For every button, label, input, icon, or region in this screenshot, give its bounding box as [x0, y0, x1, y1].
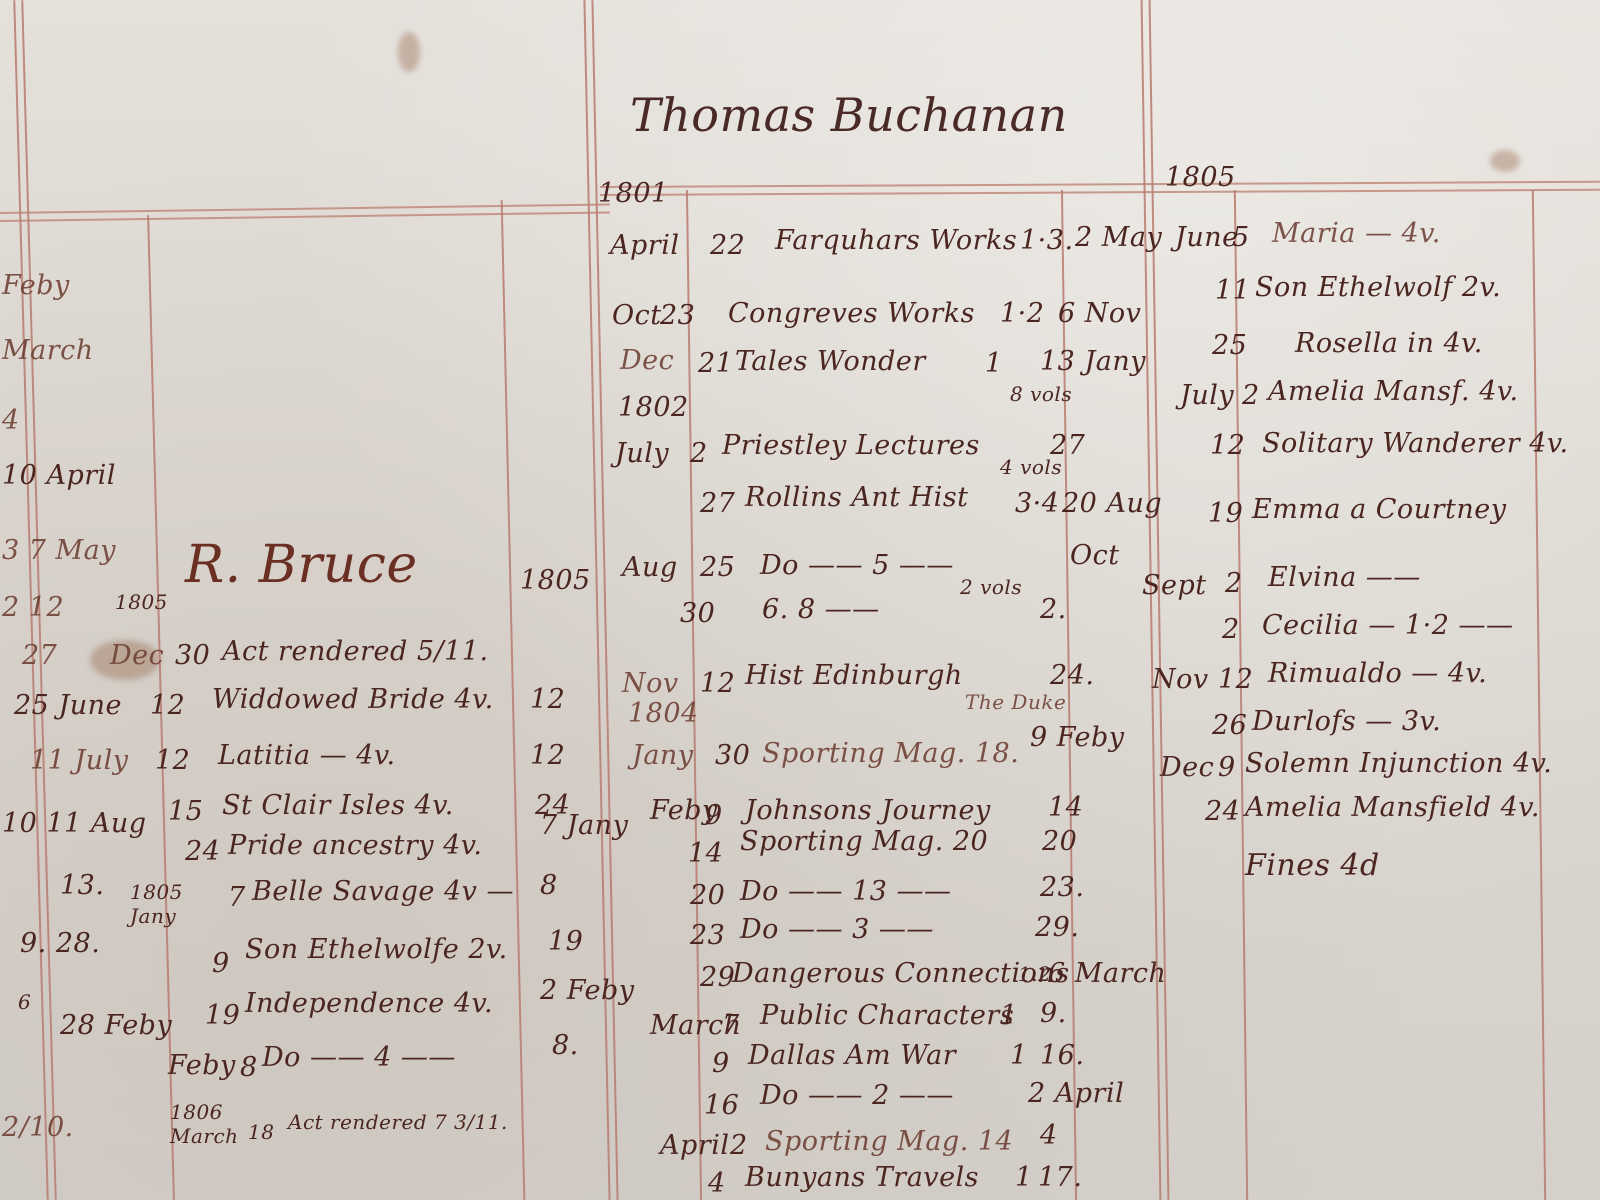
entry-day: 22: [710, 230, 745, 261]
column-rule: [1532, 190, 1546, 1200]
entry-month: 1802: [618, 392, 689, 423]
entry-vols: 1: [1000, 1000, 1018, 1031]
entry-day: 14: [688, 838, 723, 869]
entry-vols: 1: [1010, 1040, 1028, 1071]
margin-entry: 4: [2, 405, 20, 436]
entry-month: Feby: [168, 1050, 236, 1081]
entry-day: 20: [690, 880, 725, 911]
entry-title: Son Ethelwolfe 2v.: [245, 934, 508, 965]
entry-returned: 7 Jany: [540, 810, 628, 841]
entry-month: July: [615, 438, 669, 469]
entry-title: Rollins Ant Hist: [745, 482, 969, 513]
entry-day: 7: [228, 882, 246, 913]
entry-returned: Oct: [1070, 540, 1120, 571]
entry-title: Congreves Works: [728, 298, 975, 329]
entry-title: Cecilia — 1·2 ——: [1262, 610, 1513, 641]
entry-vols: 8 vols: [1010, 382, 1072, 406]
entry-title: Son Ethelwolf 2v.: [1255, 272, 1501, 303]
entry-returned: 16.: [1040, 1040, 1084, 1071]
ink-stain: [398, 32, 420, 72]
entry-vols: 1·2: [1000, 298, 1044, 329]
margin-entry: 28 Feby: [60, 1010, 172, 1041]
year-buchanan: 1801: [598, 178, 669, 209]
entry-day: 21: [698, 348, 733, 379]
entry-title: Bunyans Travels: [745, 1162, 979, 1193]
entry-vols: 1.2: [1018, 962, 1051, 986]
entry-returned: 9.: [1040, 998, 1067, 1029]
margin-entry: 2/10.: [2, 1112, 74, 1143]
entry-day: 15: [168, 796, 203, 827]
entry-month: Nov: [622, 668, 679, 699]
entry-returned: 17.: [1038, 1162, 1082, 1193]
entry-returned: 19: [548, 926, 583, 957]
column-rule: [501, 200, 525, 1200]
year-right: 1805: [1165, 162, 1236, 193]
entry-day: 12: [1210, 430, 1245, 461]
margin-entry: 27: [22, 640, 57, 671]
entry-day: 29: [700, 962, 735, 993]
entry-day: 30: [715, 740, 750, 771]
entry-day: 30: [175, 640, 210, 671]
fines-note: Fines 4d: [1245, 848, 1380, 883]
entry-returned: 20 Aug: [1062, 488, 1162, 519]
entry-month: Jany: [632, 740, 694, 771]
entry-returned: 12: [530, 684, 565, 715]
entry-day: 12: [700, 668, 735, 699]
entry-day: 16: [704, 1090, 739, 1121]
entry-month: April: [660, 1130, 729, 1161]
entry-title: Do —— 4 ——: [262, 1042, 456, 1073]
entry-day: 23: [660, 300, 695, 331]
entry-title: Dallas Am War: [748, 1040, 956, 1071]
entry-month: Dec: [620, 345, 674, 376]
entry-returned: 29.: [1035, 912, 1079, 943]
header-rule: [600, 181, 1600, 188]
entry-returned: 13 Jany: [1040, 346, 1146, 377]
ledger-page: Thomas Buchanan 1801 1805 R. Bruce 1805 …: [0, 0, 1600, 1200]
entry-title: 6. 8 ——: [762, 594, 880, 625]
entry-day: 2: [690, 438, 708, 469]
entry-day: 27: [700, 488, 735, 519]
entry-title: Rosella in 4v.: [1295, 328, 1483, 359]
entry-returned: 6 Nov: [1058, 298, 1141, 329]
entry-vols: 1: [1015, 1162, 1033, 1193]
entry-month: 1805 Jany: [130, 880, 185, 928]
entry-day: 25: [1212, 330, 1247, 361]
margin-entry: 3 7 May: [2, 535, 116, 566]
entry-title: Priestley Lectures: [722, 430, 980, 461]
entry-returned: 20: [1042, 826, 1077, 857]
entry-month: July: [1180, 380, 1234, 411]
margin-entry: 10 11 Aug: [2, 808, 147, 839]
entry-vols: 1·3.: [1020, 225, 1074, 256]
entry-title: Sporting Mag. 14: [765, 1126, 1013, 1157]
header-rule: [600, 189, 1600, 196]
entry-title: Public Characters: [760, 1000, 1014, 1031]
entry-month: Sept: [1142, 570, 1207, 601]
entry-month: June: [1175, 222, 1239, 253]
entry-title: Act rendered 7 3/11.: [288, 1110, 508, 1134]
entry-title: Amelia Mansf. 4v.: [1268, 376, 1519, 407]
entry-day: 5: [1232, 222, 1250, 253]
entry-returned: 2.: [1040, 594, 1067, 625]
entry-month: Dec: [1160, 752, 1214, 783]
entry-day: 30: [680, 598, 715, 629]
entry-month: 1804: [628, 698, 699, 729]
entry-month: April: [610, 230, 679, 261]
entry-day: 19: [205, 1000, 240, 1031]
entry-title: St Clair Isles 4v.: [222, 790, 454, 821]
entry-returned: 2 April: [1028, 1078, 1124, 1109]
entry-title: Maria — 4v.: [1272, 218, 1441, 249]
entry-day: 25: [700, 552, 735, 583]
entry-day: 24: [1205, 796, 1240, 827]
account-name-bruce: R. Bruce: [185, 535, 418, 595]
entry-day: 2: [1222, 614, 1240, 645]
margin-entry: 9. 28.: [20, 928, 100, 959]
entry-day: 4: [708, 1168, 726, 1199]
entry-day: 24: [185, 836, 220, 867]
entry-title: Solemn Injunction 4v.: [1245, 748, 1552, 779]
entry-title: Do —— 5 ——: [760, 550, 954, 581]
entry-title: Rimualdo — 4v.: [1268, 658, 1487, 689]
entry-returned: 6 March: [1048, 958, 1166, 989]
entry-title: Do —— 13 ——: [740, 876, 952, 907]
entry-title: Farquhars Works: [775, 225, 1017, 256]
entry-title: Hist Edinburgh: [745, 660, 963, 691]
entry-title: Do —— 3 ——: [740, 914, 934, 945]
entry-returned: 2 Feby: [540, 975, 635, 1006]
entry-day: 2: [1225, 568, 1243, 599]
entry-day: 12: [150, 690, 185, 721]
margin-entry: 6: [18, 990, 31, 1014]
entry-day: 26: [1212, 710, 1247, 741]
entry-title: Amelia Mansfield 4v.: [1245, 792, 1540, 823]
ink-stain: [1490, 150, 1520, 172]
entry-returned: 8.: [552, 1030, 579, 1061]
entry-day: 9: [212, 948, 230, 979]
year-bruce-right: 1805: [520, 565, 591, 596]
entry-month: Nov: [1152, 664, 1209, 695]
entry-returned: 14: [1048, 792, 1083, 823]
entry-title: Independence 4v.: [245, 988, 493, 1019]
entry-title: Latitia — 4v.: [218, 740, 396, 771]
entry-title: Elvina ——: [1268, 562, 1421, 593]
entry-day: 2: [1242, 380, 1260, 411]
entry-returned: 9 Feby: [1030, 722, 1125, 753]
entry-day: 9: [712, 1048, 730, 1079]
entry-day: 8: [240, 1052, 258, 1083]
margin-entry: March: [2, 335, 94, 366]
entry-title: Sporting Mag. 18.: [762, 738, 1019, 769]
entry-month: Aug: [622, 552, 678, 583]
entry-title: Sporting Mag. 20: [740, 826, 988, 857]
entry-returned: 4: [1040, 1120, 1058, 1151]
header-rule: [0, 211, 610, 221]
margin-entry: 2 12: [2, 592, 64, 623]
entry-vols: The Duke: [965, 690, 1066, 714]
entry-title: Belle Savage 4v —: [252, 876, 514, 907]
entry-day: 7: [722, 1010, 740, 1041]
entry-title: Act rendered 5/11.: [222, 636, 489, 667]
entry-day: 12: [1218, 664, 1253, 695]
entry-month: 1806 March: [170, 1100, 240, 1148]
entry-title: Solitary Wanderer 4v.: [1262, 428, 1569, 459]
margin-entry: 11 July: [30, 745, 129, 776]
entry-title: Tales Wonder: [735, 346, 926, 377]
entry-day: 12: [155, 745, 190, 776]
entry-month: Dec: [110, 640, 164, 671]
margin-entry: Feby: [2, 270, 70, 301]
entry-returned: 24.: [1050, 660, 1094, 691]
entry-title: Durlofs — 3v.: [1252, 706, 1441, 737]
entry-day: 9: [1218, 752, 1236, 783]
entry-vols: 1: [985, 348, 1003, 379]
entry-vols: 2 vols: [960, 575, 1022, 599]
entry-returned: 2 May: [1075, 222, 1162, 253]
entry-title: Pride ancestry 4v.: [228, 830, 482, 861]
margin-entry: 10 April: [2, 460, 116, 491]
entry-day: 2: [730, 1130, 748, 1161]
entry-title: Johnsons Journey: [745, 795, 991, 826]
entry-day: 9: [705, 800, 723, 831]
entry-title: Emma a Courtney: [1252, 494, 1506, 525]
margin-entry: 25 June: [14, 690, 122, 721]
year-bruce-left: 1805: [115, 590, 168, 614]
entry-returned: 8: [540, 870, 558, 901]
entry-returned: 23.: [1040, 872, 1084, 903]
entry-title: Do —— 2 ——: [760, 1080, 954, 1111]
entry-day: 19: [1208, 498, 1243, 529]
entry-day: 18: [248, 1120, 274, 1144]
account-name-buchanan: Thomas Buchanan: [630, 88, 1068, 142]
entry-title: Widdowed Bride 4v.: [212, 684, 494, 715]
entry-day: 11: [1215, 275, 1250, 306]
margin-entry: 13.: [60, 870, 104, 901]
entry-month: Oct: [612, 300, 662, 331]
entry-returned: 12: [530, 740, 565, 771]
entry-returned: 27: [1050, 430, 1085, 461]
entry-vols: 3·4: [1015, 488, 1059, 519]
entry-day: 23: [690, 920, 725, 951]
